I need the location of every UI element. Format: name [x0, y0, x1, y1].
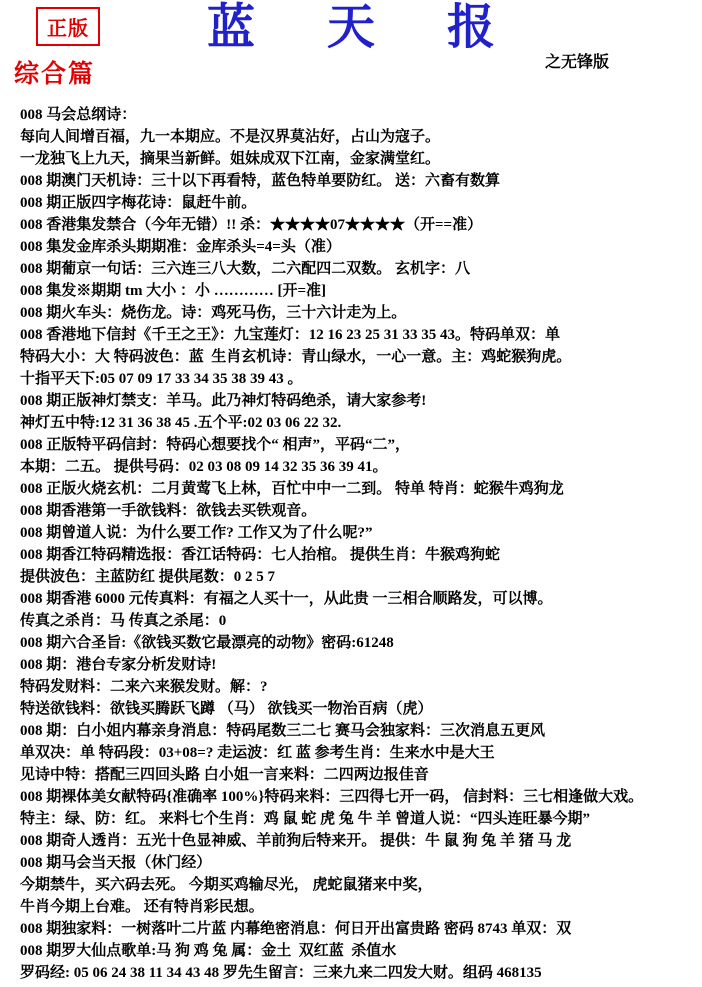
- text-line: 传真之杀肖：马 传真之杀尾：0: [0, 610, 702, 632]
- text-line: 008 期罗大仙点歌单:马 狗 鸡 兔 属：金土 双红蓝 杀值水: [0, 940, 702, 962]
- edition-label: 之无锋版: [545, 49, 609, 72]
- text-line: 提供波色：主蓝防红 提供尾数：0 2 5 7: [0, 566, 702, 588]
- text-line: 特码大小：大 特码波色：蓝 生肖玄机诗：青山绿水，一心一意。主：鸡蛇猴狗虎。: [0, 346, 702, 368]
- text-line: 特送欲钱料：欲钱买腾跃飞蹲 （马） 欲钱买一物治百病（虎）: [0, 698, 702, 720]
- text-line: 008 期裸体美女献特码{准确率 100%}特码来料：三四得七开一码， 信封料：…: [0, 786, 702, 808]
- text-line: 008 期六合圣旨:《欲钱买数它最漂亮的动物》密码:61248: [0, 632, 702, 654]
- text-line: 008 期澳门天机诗：三十以下再看特，蓝色特单要防红。 送：六畜有数算: [0, 170, 702, 192]
- body-lines: 008 马会总纲诗：每向人间增百福，九一本期应。不是汉界莫沾好，占山为寇子。一龙…: [0, 104, 702, 984]
- text-line: 神灯五中特:12 31 36 38 45 .五个平:02 03 06 22 32…: [0, 412, 702, 434]
- text-line: 008 期奇人透肖：五光十色显神威、羊前狗后特来开。 提供：牛 鼠 狗 兔 羊 …: [0, 830, 702, 852]
- text-line: 008 集发※期期 tm 大小 ：小 ………… [开=准]: [0, 280, 702, 302]
- text-line: 008 马会总纲诗：: [0, 104, 702, 126]
- page-title: 蓝 天 报: [0, 2, 702, 55]
- text-line: 牛肖今期上台难。 还有特肖彩民想。: [0, 896, 702, 918]
- text-line: 008 香港地下信封《千王之王》：九宝莲灯：12 16 23 25 31 33 …: [0, 324, 702, 346]
- text-line: 十指平天下:05 07 09 17 33 34 35 38 39 43 。: [0, 368, 702, 390]
- text-line: 008 期香江特码精选报：香江话特码：七人抬棺。 提供生肖：牛猴鸡狗蛇: [0, 544, 702, 566]
- text-line: 罗码经: 05 06 24 38 11 34 43 48 罗先生留言：三来九来二…: [0, 962, 702, 984]
- text-line: 008 期火车头：烧伤龙。诗：鸡死马伤，三十六计走为上。: [0, 302, 702, 324]
- text-line: 008 香港集发禁合（今年无错）!! 杀：★★★★07★★★★（开==准）: [0, 214, 702, 236]
- section-heading: 综合篇: [14, 54, 95, 90]
- text-line: 见诗中特：搭配三四回头路 白小姐一言来料：二四两边报佳音: [0, 764, 702, 786]
- text-line: 008 期正版神灯禁支：羊马。此乃神灯特码绝杀，请大家参考!: [0, 390, 702, 412]
- text-line: 008 正版火烧玄机：二月黄莺飞上林，百忙中中一二到。 特单 特肖：蛇猴牛鸡狗龙: [0, 478, 702, 500]
- text-line: 008 正版特平码信封：特码心想要找个“ 相声”，平码“二”，: [0, 434, 702, 456]
- text-line: 008 期：白小姐内幕亲身消息：特码尾数三二七 赛马会独家料：三次消息五更风: [0, 720, 702, 742]
- text-line: 特码发财料：二来六来猴发财。解：?: [0, 676, 702, 698]
- text-line: 008 期香港第一手欲钱料：欲钱去买铁观音。: [0, 500, 702, 522]
- text-line: 008 期正版四字梅花诗：鼠赶牛前。: [0, 192, 702, 214]
- text-line: 每向人间增百福，九一本期应。不是汉界莫沾好，占山为寇子。: [0, 126, 702, 148]
- text-line: 008 集发金库杀头期期准：金库杀头=4=头（准）: [0, 236, 702, 258]
- text-line: 008 期马会当天报（休门经）: [0, 852, 702, 874]
- text-line: 特主：绿、防：红。 来料七个生肖：鸡 鼠 蛇 虎 兔 牛 羊 曾道人说：“四头连…: [0, 808, 702, 830]
- text-line: 一龙独飞上九天，摘果当新鲜。姐妹成双下江南，金家满堂红。: [0, 148, 702, 170]
- text-line: 单双决：单 特码段：03+08=? 走运波：红 蓝 参考生肖：生来水中是大王: [0, 742, 702, 764]
- text-line: 008 期香港 6000 元传真料：有福之人买十一，从此贵 一三相合顺路发，可以…: [0, 588, 702, 610]
- text-line: 今期禁牛，买六码去死。 今期买鸡输尽光， 虎蛇鼠猪来中奖，: [0, 874, 702, 896]
- newspaper-page: 正版 蓝 天 报 之无锋版 综合篇 008 马会总纲诗：每向人间增百福，九一本期…: [0, 0, 702, 987]
- text-line: 008 期曾道人说：为什么要工作? 工作又为了什么呢?”: [0, 522, 702, 544]
- text-line: 008 期葡京一句话：三六连三八大数，二六配四二双数。 玄机字：八: [0, 258, 702, 280]
- text-line: 008 期：港台专家分析发财诗!: [0, 654, 702, 676]
- page-header: 正版 蓝 天 报 之无锋版 综合篇: [0, 0, 702, 104]
- text-line: 008 期独家料：一树落叶二片蓝 内幕绝密消息：何日开出富贵路 密码 8743 …: [0, 918, 702, 940]
- text-line: 本期：二五。 提供号码：02 03 08 09 14 32 35 36 39 4…: [0, 456, 702, 478]
